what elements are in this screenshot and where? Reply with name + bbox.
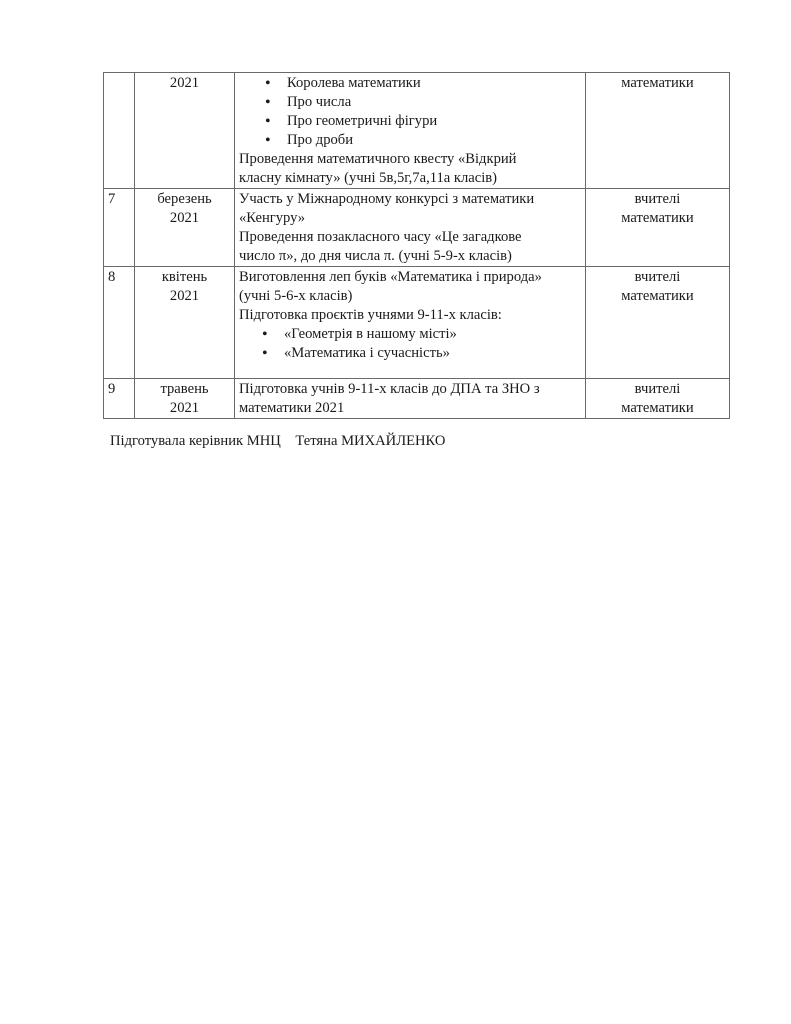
- date-line: 2021: [139, 399, 230, 418]
- activity-line: число π», до дня числа π. (учні 5-9-х кл…: [239, 247, 581, 266]
- date-line: 2021: [139, 74, 230, 93]
- signature-line: Підготувала керівник МНЦ Тетяна МИХАЙЛЕН…: [110, 433, 445, 450]
- responsible-line: математики: [590, 209, 725, 228]
- row-date: березень 2021: [135, 189, 235, 267]
- table-row: 2021 Королева математики Про числа Про г…: [104, 73, 730, 189]
- activity-line: (учні 5-6-х класів): [239, 287, 581, 306]
- signature-role: Підготувала керівник МНЦ: [110, 433, 281, 449]
- row-responsible: вчителі математики: [586, 379, 730, 419]
- list-item: Про числа: [287, 93, 581, 112]
- responsible-line: вчителі: [590, 380, 725, 399]
- activity-line: «Кенгуру»: [239, 209, 581, 228]
- row-responsible: вчителі математики: [586, 267, 730, 379]
- topic-list: Королева математики Про числа Про геомет…: [239, 74, 581, 150]
- activity-line: Проведення позакласного часу «Це загадко…: [239, 228, 581, 247]
- signature-name: Тетяна МИХАЙЛЕНКО: [295, 433, 445, 449]
- table-row: 9 травень 2021 Підготовка учнів 9-11-х к…: [104, 379, 730, 419]
- row-activity: Королева математики Про числа Про геомет…: [235, 73, 586, 189]
- list-item: Про дроби: [287, 131, 581, 150]
- row-number: 9: [104, 379, 135, 419]
- date-line: квітень: [139, 268, 230, 287]
- responsible-line: вчителі: [590, 190, 725, 209]
- activity-line: Виготовлення леп буків «Математика і при…: [239, 268, 581, 287]
- row-number: 7: [104, 189, 135, 267]
- activity-line: класну кімнату» (учні 5в,5г,7а,11а класі…: [239, 169, 581, 188]
- list-item: «Математика і сучасність»: [284, 344, 581, 363]
- list-item: Королева математики: [287, 74, 581, 93]
- row-responsible: вчителі математики: [586, 189, 730, 267]
- responsible-line: вчителі: [590, 268, 725, 287]
- list-item: Про геометричні фігури: [287, 112, 581, 131]
- row-date: 2021: [135, 73, 235, 189]
- row-number: [104, 73, 135, 189]
- responsible-line: математики: [590, 399, 725, 418]
- list-item: «Геометрія в нашому місті»: [284, 325, 581, 344]
- table-row: 7 березень 2021 Участь у Міжнародному ко…: [104, 189, 730, 267]
- row-activity: Виготовлення леп буків «Математика і при…: [235, 267, 586, 379]
- activity-line: Проведення математичного квесту «Відкрий: [239, 150, 581, 169]
- activity-plan-table: 2021 Королева математики Про числа Про г…: [103, 72, 730, 419]
- row-activity: Участь у Міжнародному конкурсі з математ…: [235, 189, 586, 267]
- responsible-line: математики: [590, 287, 725, 306]
- row-number: 8: [104, 267, 135, 379]
- date-line: травень: [139, 380, 230, 399]
- date-line: березень: [139, 190, 230, 209]
- activity-line: Підготовка учнів 9-11-х класів до ДПА та…: [239, 380, 581, 399]
- project-list: «Геометрія в нашому місті» «Математика і…: [239, 325, 581, 363]
- responsible-line: математики: [590, 74, 725, 93]
- table-row: 8 квітень 2021 Виготовлення леп буків «М…: [104, 267, 730, 379]
- row-responsible: математики: [586, 73, 730, 189]
- row-activity: Підготовка учнів 9-11-х класів до ДПА та…: [235, 379, 586, 419]
- row-date: квітень 2021: [135, 267, 235, 379]
- document-page: 2021 Королева математики Про числа Про г…: [0, 0, 791, 1024]
- date-line: 2021: [139, 287, 230, 306]
- activity-line: математики 2021: [239, 399, 581, 418]
- activity-line: Підготовка проєктів учнями 9-11-х класів…: [239, 306, 581, 325]
- date-line: 2021: [139, 209, 230, 228]
- row-date: травень 2021: [135, 379, 235, 419]
- activity-line: Участь у Міжнародному конкурсі з математ…: [239, 190, 581, 209]
